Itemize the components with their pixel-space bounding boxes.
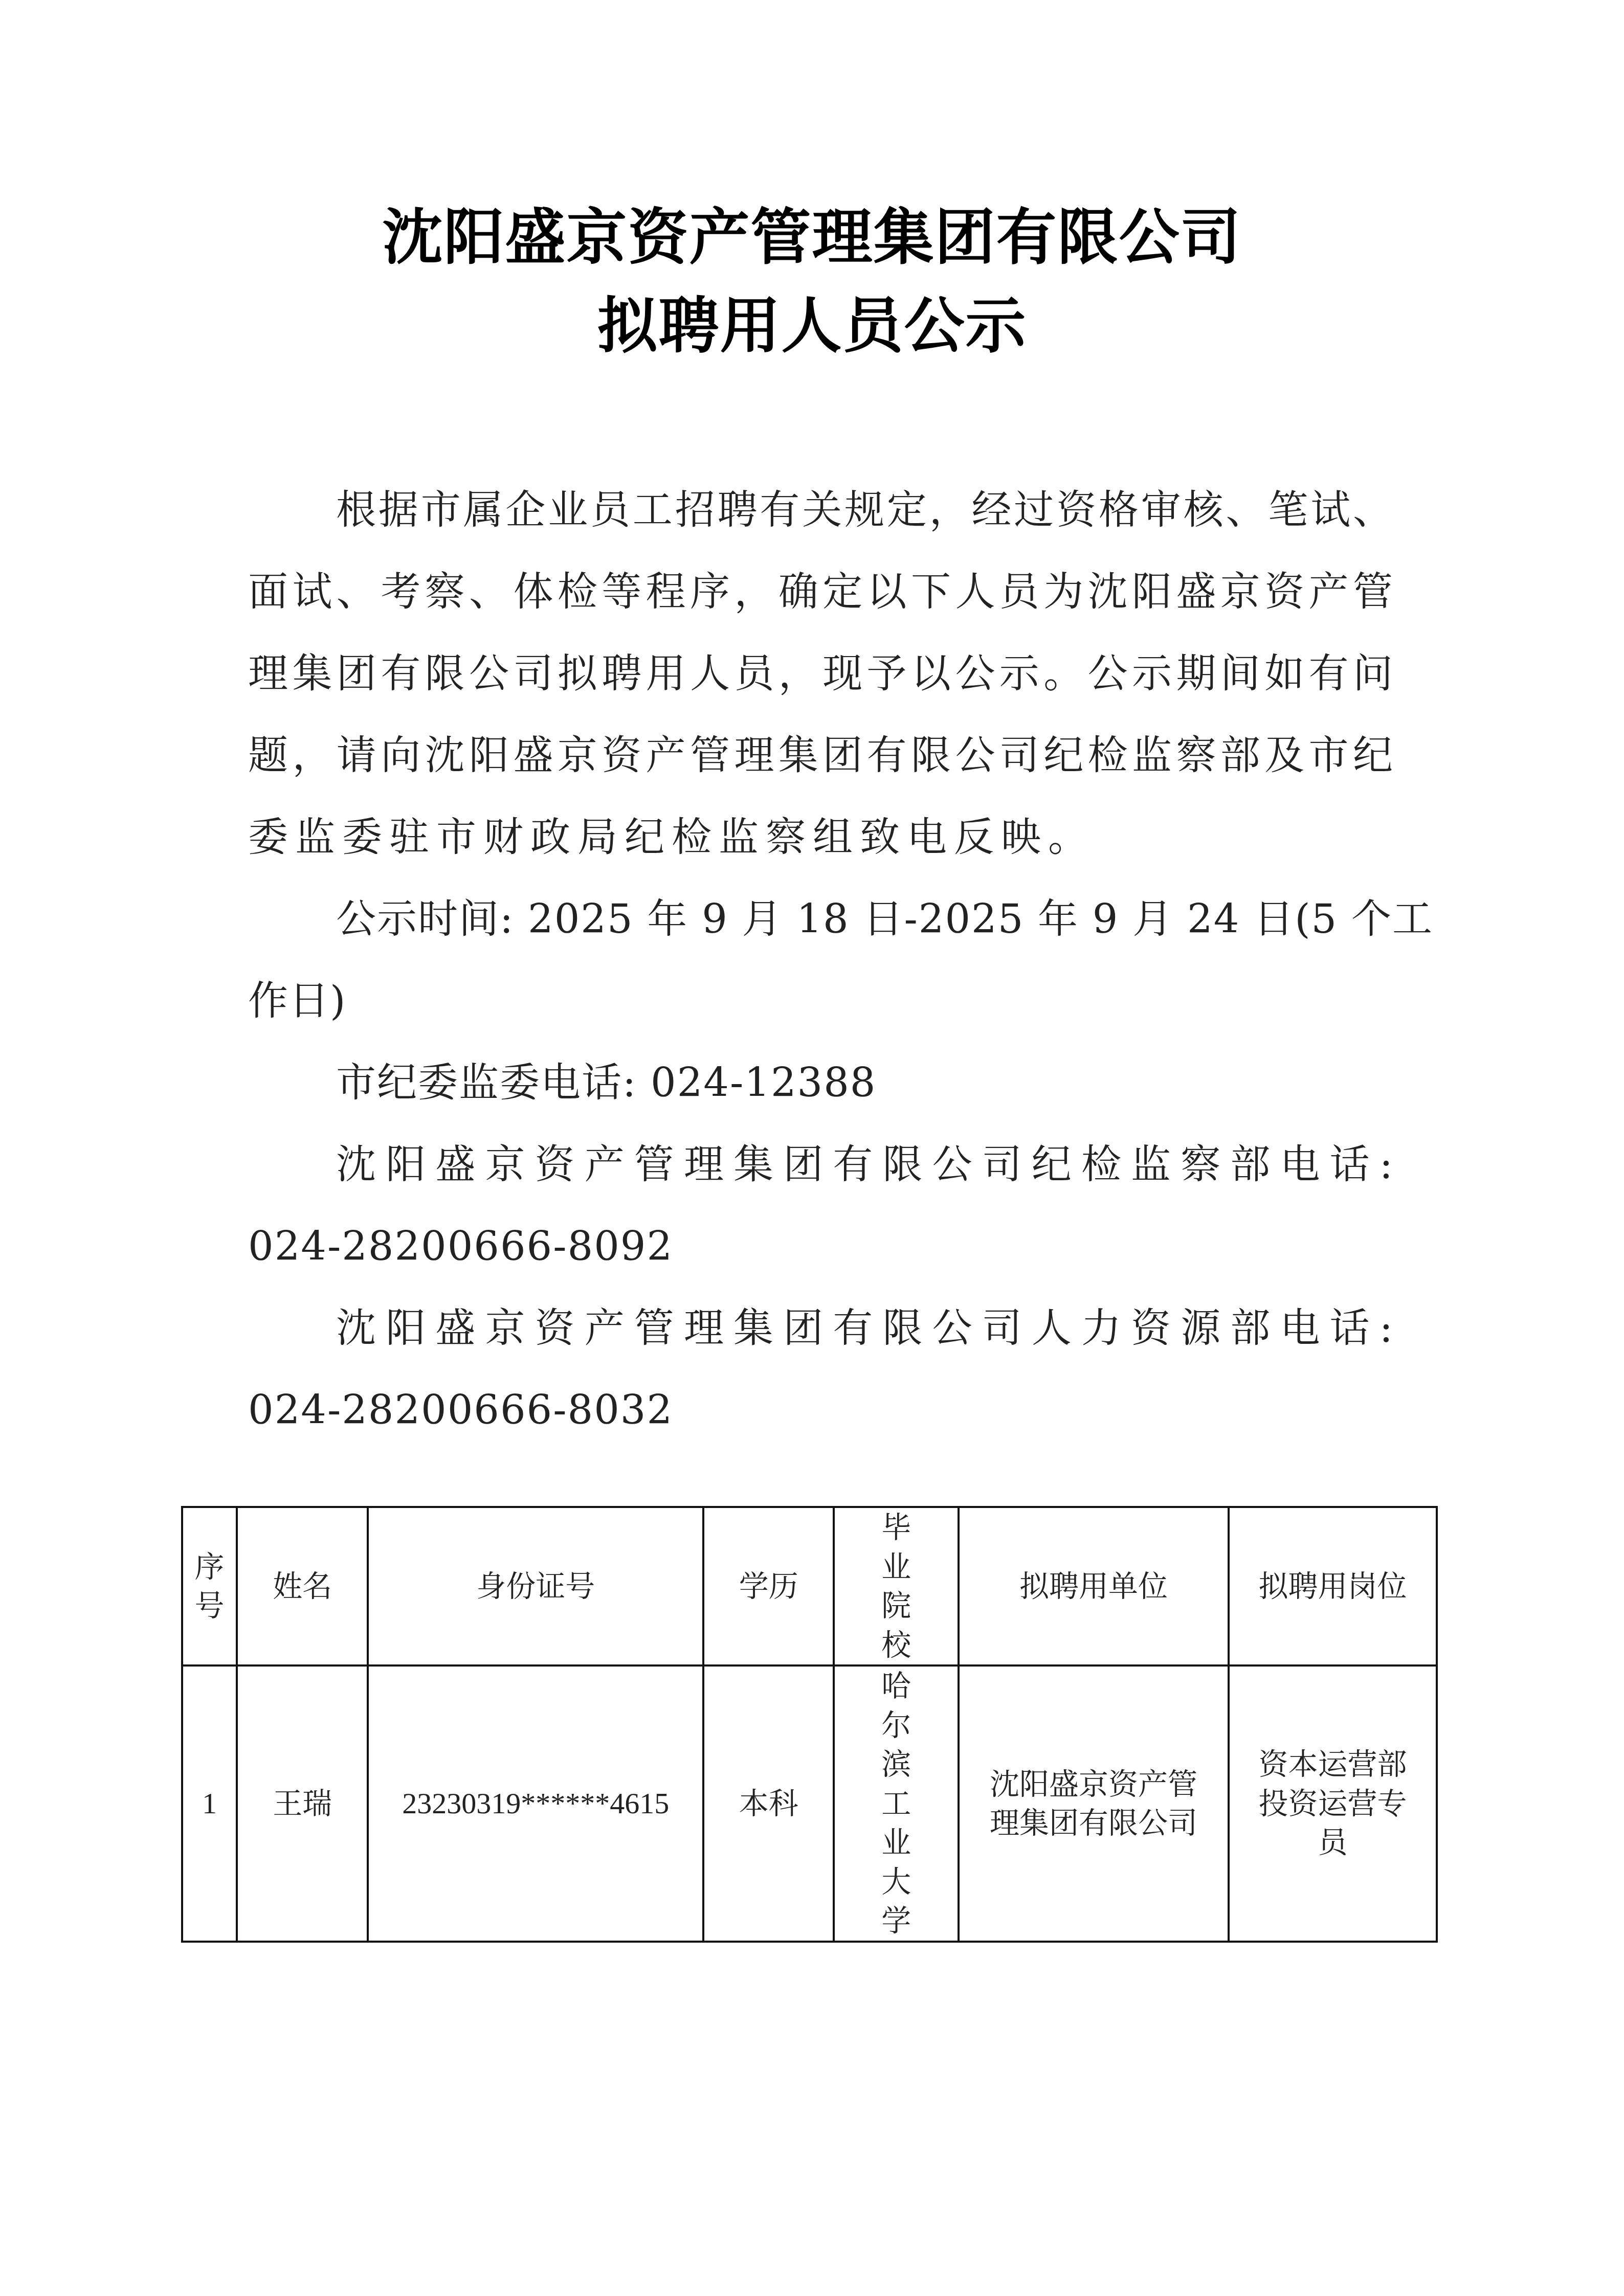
cell-unit: 沈阳盛京资产管理集团有限公司 xyxy=(959,1665,1229,1942)
cell-name: 王瑞 xyxy=(237,1665,368,1942)
commission-phone: 市纪委监委电话: 024-12388 xyxy=(336,1063,876,1103)
document-title-company: 沈阳盛京资产管理集团有限公司 xyxy=(0,207,1624,267)
header-index: 序号 xyxy=(182,1507,237,1665)
header-education: 学历 xyxy=(703,1507,834,1665)
header-unit: 拟聘用单位 xyxy=(959,1507,1229,1665)
period-line-1: 公示时间: 2025 年 9 月 18 日-2025 年 9 月 24 日(5 … xyxy=(336,899,1394,939)
header-position: 拟聘用岗位 xyxy=(1229,1507,1437,1665)
body-line-2: 面试、考察、体检等程序，确定以下人员为沈阳盛京资产管 xyxy=(248,572,1394,612)
body-line-4: 题，请向沈阳盛京资产管理集团有限公司纪检监察部及市纪 xyxy=(248,736,1394,776)
table-header-row: 序号 姓名 身份证号 学历 毕业院校 拟聘用单位 拟聘用岗位 xyxy=(182,1507,1437,1665)
cell-education: 本科 xyxy=(703,1665,834,1942)
discipline-dept-label: 沈阳盛京资产管理集团有限公司纪检监察部电话: xyxy=(336,1145,1394,1185)
period-line-2: 作日) xyxy=(248,981,1394,1021)
hiring-table: 序号 姓名 身份证号 学历 毕业院校 拟聘用单位 拟聘用岗位 1 王瑞 2323… xyxy=(181,1506,1438,1943)
hr-dept-label: 沈阳盛京资产管理集团有限公司人力资源部电话: xyxy=(336,1309,1394,1348)
body-line-1: 根据市属企业员工招聘有关规定，经过资格审核、笔试、 xyxy=(336,490,1394,530)
cell-position: 资本运营部投资运营专员 xyxy=(1229,1665,1437,1942)
header-id-number: 身份证号 xyxy=(368,1507,703,1665)
header-school: 毕业院校 xyxy=(834,1507,959,1665)
body-line-3: 理集团有限公司拟聘用人员，现予以公示。公示期间如有问 xyxy=(248,654,1394,694)
table-row: 1 王瑞 23230319******4615 本科 哈尔滨工业大学 沈阳盛京资… xyxy=(182,1665,1437,1942)
hr-dept-phone: 024-28200666-8032 xyxy=(248,1390,673,1430)
cell-index: 1 xyxy=(182,1665,237,1942)
discipline-dept-phone: 024-28200666-8092 xyxy=(248,1227,673,1267)
cell-id-number: 23230319******4615 xyxy=(368,1665,703,1942)
cell-school: 哈尔滨工业大学 xyxy=(834,1665,959,1942)
body-line-5: 委监委驻市财政局纪检监察组致电反映。 xyxy=(248,818,1394,858)
header-name: 姓名 xyxy=(237,1507,368,1665)
document-title-notice: 拟聘用人员公示 xyxy=(0,296,1624,356)
